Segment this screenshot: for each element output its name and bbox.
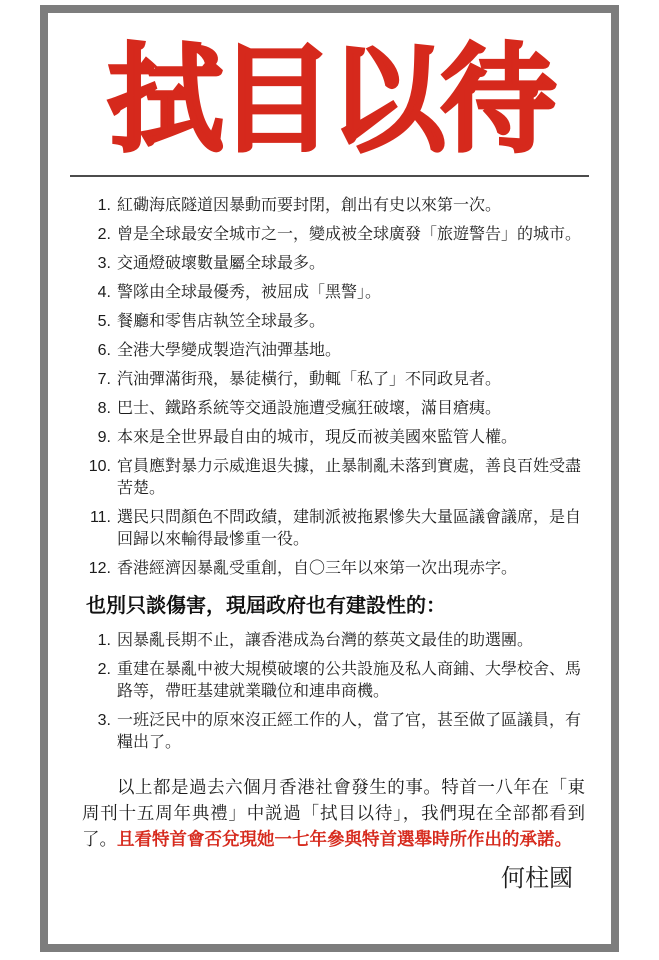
poster-frame: 拭目以待 1.紅磡海底隧道因暴動而要封閉，創出有史以來第一次。 2.曾是全球最安… (40, 5, 619, 952)
item-text: 重建在暴亂中被大規模破壞的公共設施及私人商鋪、大學校舍、馬路等，帶旺基建就業職位… (117, 659, 581, 703)
item-number: 2. (84, 659, 111, 703)
list-item: 11.選民只問顏色不問政績，建制派被拖累慘失大量區議會議席，是自回歸以來輸得最慘… (84, 507, 581, 551)
list-item: 3.交通燈破壞數量屬全球最多。 (84, 253, 581, 275)
list-item: 8.巴士、鐵路系統等交通設施遭受瘋狂破壞，滿目瘡痍。 (84, 398, 581, 420)
list-item: 3.一班泛民中的原來沒正經工作的人，當了官，甚至做了區議員，有糧出了。 (84, 710, 581, 754)
title-divider (70, 175, 589, 177)
item-text: 一班泛民中的原來沒正經工作的人，當了官，甚至做了區議員，有糧出了。 (117, 710, 581, 754)
list-item: 12.香港經濟因暴亂受重創，自〇三年以來第一次出現赤字。 (84, 558, 581, 580)
constructive-list: 1.因暴亂長期不止，讓香港成為台灣的蔡英文最佳的助選團。 2.重建在暴亂中被大規… (48, 630, 611, 754)
item-text: 曾是全球最安全城市之一，變成被全球廣發「旅遊警告」的城市。 (117, 224, 581, 246)
list-item: 2.重建在暴亂中被大規模破壞的公共設施及私人商鋪、大學校舍、馬路等，帶旺基建就業… (84, 659, 581, 703)
item-text: 巴士、鐵路系統等交通設施遭受瘋狂破壞，滿目瘡痍。 (117, 398, 581, 420)
list-item: 1.因暴亂長期不止，讓香港成為台灣的蔡英文最佳的助選團。 (84, 630, 581, 652)
list-item: 2.曾是全球最安全城市之一，變成被全球廣發「旅遊警告」的城市。 (84, 224, 581, 246)
signature: 何柱國 (48, 864, 573, 894)
closing-paragraph: 以上都是過去六個月香港社會發生的事。特首一八年在「東周刊十五周年典禮」中説過「拭… (82, 774, 585, 852)
damage-list: 1.紅磡海底隧道因暴動而要封閉，創出有史以來第一次。 2.曾是全球最安全城市之一… (48, 195, 611, 580)
item-text: 警隊由全球最優秀，被屈成「黑警」。 (117, 282, 581, 304)
item-number: 2. (84, 224, 111, 246)
item-number: 1. (84, 195, 111, 217)
item-number: 9. (84, 427, 111, 449)
list-item: 5.餐廳和零售店執笠全球最多。 (84, 311, 581, 333)
item-number: 1. (84, 630, 111, 652)
closing-red-text: 且看特首會否兌現她一七年參與特首選舉時所作出的承諾。 (117, 829, 572, 849)
item-text: 本來是全世界最自由的城市，現反而被美國來監管人權。 (117, 427, 581, 449)
item-text: 紅磡海底隧道因暴動而要封閉，創出有史以來第一次。 (117, 195, 581, 217)
item-number: 7. (84, 369, 111, 391)
list-item: 9.本來是全世界最自由的城市，現反而被美國來監管人權。 (84, 427, 581, 449)
item-text: 交通燈破壞數量屬全球最多。 (117, 253, 581, 275)
list-item: 1.紅磡海底隧道因暴動而要封閉，創出有史以來第一次。 (84, 195, 581, 217)
constructive-heading: 也別只談傷害，現屆政府也有建設性的： (86, 592, 581, 620)
item-text: 汽油彈滿街飛，暴徒橫行，動輒「私了」不同政見者。 (117, 369, 581, 391)
poster-title: 拭目以待 (48, 35, 611, 165)
list-item: 4.警隊由全球最優秀，被屈成「黑警」。 (84, 282, 581, 304)
item-text: 選民只問顏色不問政績，建制派被拖累慘失大量區議會議席，是自回歸以來輸得最慘重一役… (117, 507, 581, 551)
item-number: 3. (84, 710, 111, 754)
item-number: 8. (84, 398, 111, 420)
item-text: 全港大學變成製造汽油彈基地。 (117, 340, 581, 362)
item-text: 因暴亂長期不止，讓香港成為台灣的蔡英文最佳的助選團。 (117, 630, 581, 652)
item-number: 12. (84, 558, 111, 580)
item-number: 10. (84, 456, 111, 500)
item-number: 4. (84, 282, 111, 304)
item-text: 官員應對暴力示威進退失據，止暴制亂未落到實處，善良百姓受盡苦楚。 (117, 456, 581, 500)
item-text: 餐廳和零售店執笠全球最多。 (117, 311, 581, 333)
item-number: 6. (84, 340, 111, 362)
item-text: 香港經濟因暴亂受重創，自〇三年以來第一次出現赤字。 (117, 558, 581, 580)
item-number: 5. (84, 311, 111, 333)
item-number: 3. (84, 253, 111, 275)
list-item: 10.官員應對暴力示威進退失據，止暴制亂未落到實處，善良百姓受盡苦楚。 (84, 456, 581, 500)
item-number: 11. (84, 507, 111, 551)
list-item: 7.汽油彈滿街飛，暴徒橫行，動輒「私了」不同政見者。 (84, 369, 581, 391)
list-item: 6.全港大學變成製造汽油彈基地。 (84, 340, 581, 362)
